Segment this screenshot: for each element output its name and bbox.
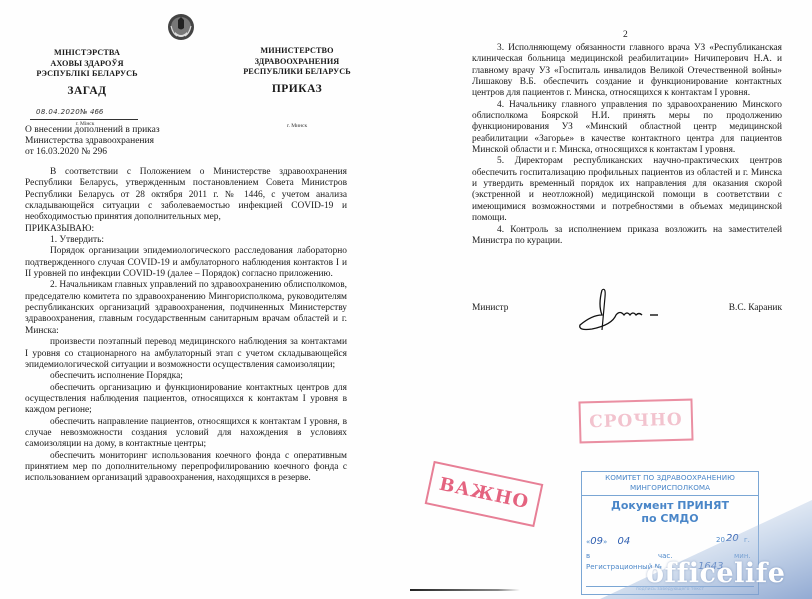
stamp-day: 09	[590, 536, 603, 547]
paragraph-item-2: 2. Начальникам главных управлений по здр…	[25, 280, 347, 337]
handwritten-signature-icon	[572, 285, 672, 335]
paragraph-subitem: обеспечить организацию и функционировани…	[25, 383, 347, 417]
stamp-subtitle: по СМДО	[582, 512, 758, 525]
document-type-belarusian: ЗАГАД	[32, 85, 142, 97]
paragraph-item-5: 5. Директорам республиканских научно-пра…	[472, 156, 782, 224]
stamp-time-prefix: в	[586, 552, 590, 560]
signatory-name: В.С. Караник	[729, 303, 782, 313]
state-emblem-icon	[167, 12, 195, 42]
paragraph-subitem: обеспечить исполнение Порядка;	[25, 371, 347, 382]
page-edge-shadow	[410, 589, 520, 591]
order-body-page-2: 3. Исполняющему обязанности главного вра…	[472, 43, 782, 247]
page-number: 2	[623, 30, 628, 40]
signatory-role: Министр	[472, 303, 508, 313]
document-page-1: МІНІСТЭРСТВА АХОВЫ ЗДАРОЎЯ РЭСПУБЛІКІ БЕ…	[0, 0, 410, 599]
header-line: МІНІСТЭРСТВА	[32, 48, 142, 59]
header-line: РЕСПУБЛИКИ БЕЛАРУСЬ	[222, 67, 372, 78]
header-line: ЗДРАВООХРАНЕНИЯ	[222, 57, 372, 68]
header-line: АХОВЫ ЗДАРОЎЯ	[32, 59, 142, 70]
urgent-stamp: СРОЧНО	[578, 399, 693, 444]
paragraph-subitem: обеспечить мониторинг использования коеч…	[25, 451, 347, 485]
stamp-org-line: КОМИТЕТ ПО ЗДРАВООХРАНЕНИЮ	[582, 473, 758, 483]
stamp-title: Документ ПРИНЯТ	[582, 499, 758, 512]
paragraph-item-3: 3. Исполняющему обязанности главного вра…	[472, 43, 782, 100]
paragraph-order-keyword: ПРИКАЗЫВАЮ:	[25, 224, 347, 235]
document-type-russian: ПРИКАЗ	[222, 83, 372, 95]
paragraph-subitem: обеспечить направление пациентов, относя…	[25, 417, 347, 451]
number-sign: №	[80, 108, 87, 116]
paragraph-subitem: произвести поэтапный перевод медицинског…	[25, 337, 347, 371]
subject-line: Министерства здравоохранения	[25, 136, 225, 147]
stamp-month: 04	[618, 536, 631, 547]
handwritten-date: 08.04.2020	[36, 108, 80, 116]
city-russian: г. Минск	[222, 123, 372, 129]
paragraph-preamble: В соответствии с Положением о Министерст…	[25, 167, 347, 224]
stamp-organization: КОМИТЕТ ПО ЗДРАВООХРАНЕНИЮ МИНГОРИСПОЛКО…	[582, 472, 758, 496]
subject-line: О внесении дополнений в приказ	[25, 125, 225, 136]
paragraph-item-1: 1. Утвердить:	[25, 235, 347, 246]
subject-line: от 16.03.2020 № 296	[25, 147, 225, 158]
header-line: РЭСПУБЛІКІ БЕЛАРУСЬ	[32, 69, 142, 80]
ministry-header-russian: МИНИСТЕРСТВО ЗДРАВООХРАНЕНИЯ РЕСПУБЛИКИ …	[222, 46, 372, 78]
paragraph-item-4: 4. Начальнику главного управления по здр…	[472, 100, 782, 157]
handwritten-number: 466	[90, 108, 103, 116]
order-subject: О внесении дополнений в приказ Министерс…	[25, 125, 225, 158]
paragraph-item-control: 4. Контроль за исполнением приказа возло…	[472, 225, 782, 248]
stamp-org-line: МИНГОРИСПОЛКОМА	[582, 483, 758, 493]
order-body-page-1: В соответствии с Положением о Министерст…	[25, 167, 347, 485]
registration-line: 08.04.2020 № 466	[30, 107, 138, 120]
watermark-logo: officelife	[646, 558, 785, 589]
paragraph-procedure: Порядок организации эпидемиологического …	[25, 246, 347, 280]
header-line: МИНИСТЕРСТВО	[222, 46, 372, 57]
ministry-header-belarusian: МІНІСТЭРСТВА АХОВЫ ЗДАРОЎЯ РЭСПУБЛІКІ БЕ…	[32, 48, 142, 80]
